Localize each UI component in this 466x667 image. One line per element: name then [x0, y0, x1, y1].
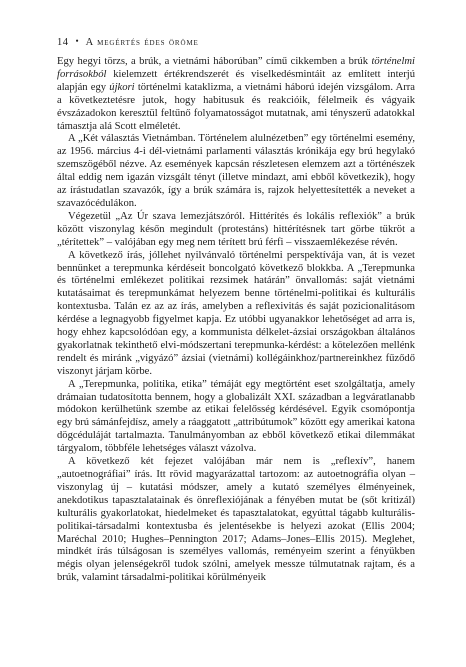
body-text-segment: A „Két választás Vietnámban. Történelem … — [57, 133, 415, 209]
paragraph: A következő két fejezet valójában már ne… — [57, 456, 415, 585]
book-page: 14•A megértés édes öröme Egy hegyi törzs… — [0, 0, 466, 667]
running-title: A megértés édes öröme — [86, 37, 199, 48]
italic-text: újkori — [109, 82, 134, 93]
body-text: Egy hegyi törzs, a brúk, a vietnámi hábo… — [57, 56, 415, 585]
paragraph: A „Két választás Vietnámban. Történelem … — [57, 133, 415, 210]
page-number: 14 — [57, 37, 69, 48]
page-header: 14•A megértés édes öröme — [57, 36, 199, 48]
body-text-segment: Végezetül „Az Úr szava lemezjátszóról. H… — [57, 211, 415, 248]
paragraph: A „Terepmunka, politika, etika” témáját … — [57, 379, 415, 456]
paragraph: Végezetül „Az Úr szava lemezjátszóról. H… — [57, 211, 415, 250]
body-text-segment: Egy hegyi törzs, a brúk, a vietnámi hábo… — [57, 56, 371, 67]
body-text-segment: A következő írás, jóllehet nyilvánvaló t… — [57, 250, 415, 377]
body-text-segment: A „Terepmunka, politika, etika” témáját … — [57, 379, 415, 455]
header-separator-bullet: • — [76, 36, 79, 46]
paragraph: A következő írás, jóllehet nyilvánvaló t… — [57, 250, 415, 379]
body-text-segment: A következő két fejezet valójában már ne… — [57, 456, 415, 583]
paragraph: Egy hegyi törzs, a brúk, a vietnámi hábo… — [57, 56, 415, 133]
